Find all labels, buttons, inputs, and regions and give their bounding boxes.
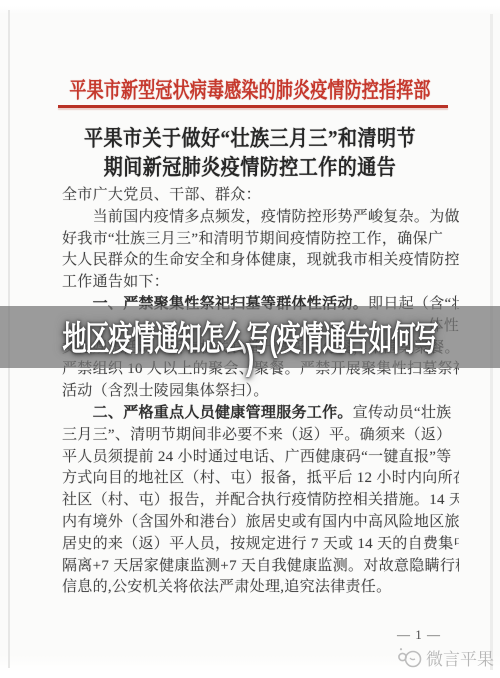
document-line: 二、严格重点人员健康管理服务工作。宣传动员“壮族 (62, 403, 459, 425)
article-image: 平果市新型冠状病毒感染的肺炎疫情防控指挥部 平果市关于做好“壮族三月三”和清明节… (0, 0, 500, 678)
document-body: 全市广大党员、干部、群众： 当前国内疫情多点频发，疫情防控形势严峻复杂。为做好我… (62, 185, 459, 599)
document-line: 全市广大党员、干部、群众： (62, 185, 459, 207)
document-line: 平人员须提前 24 小时通过电话、广西健康码“一键直报”等 (62, 447, 459, 469)
document-line: 隔离+7 天居家健康监测+7 天自我健康监测。对故意隐瞒行程 (62, 556, 459, 578)
title-overlay-banner: 地区疫情通知怎么写(疫情通告如何写 ) (0, 306, 500, 368)
document-line: 内有境外（含国外和港台）旅居史或有国内中高风险地区旅 (62, 512, 459, 534)
page-number: — 1 — (383, 627, 455, 643)
document-title-line1: 平果市关于做好“壮族三月三”和清明节 (0, 125, 500, 154)
overlay-title-line2: ) (0, 336, 500, 379)
watermark-smiley-icon (396, 647, 423, 668)
document-line: 大人民群众的生命安全和身体健康，现就我市相关疫情防控 (62, 250, 459, 272)
document-line: 居史的来（返）平人员，按规定进行 7 天或 14 天的自费集中 (62, 534, 459, 556)
document-line: 活动（含烈士陵园集体祭扫）。 (62, 381, 459, 403)
header-divider (58, 105, 448, 108)
document-header: 平果市新型冠状病毒感染的肺炎疫情防控指挥部 (0, 72, 500, 104)
document-title: 平果市关于做好“壮族三月三”和清明节 期间新冠肺炎疫情防控工作的通告 (0, 125, 500, 183)
document-line: 信息的,公安机关将依法严肃处理,追究法律责任。 (62, 577, 459, 599)
watermark: 微言平果 (396, 645, 494, 670)
document-title-line2: 期间新冠肺炎疫情防控工作的通告 (0, 154, 500, 183)
document-line: 当前国内疫情多点频发，疫情防控形势严峻复杂。为做 (62, 207, 459, 229)
document-line: 方式向目的地社区（村、屯）报备，抵平后 12 小时内向所在 (62, 468, 459, 490)
document-line: 好我市“壮族三月三”和清明节期间疫情防控工作，确保广 (62, 229, 459, 251)
document-line: 社区（村、屯）报告，并配合执行疫情防控相关措施。14 天 (62, 490, 459, 512)
document-line: 三月三”、清明节期间非必要不来（返）平。确须来（返） (62, 425, 459, 447)
document-line: 工作通告如下： (62, 272, 459, 294)
watermark-label: 微言平果 (426, 645, 494, 670)
